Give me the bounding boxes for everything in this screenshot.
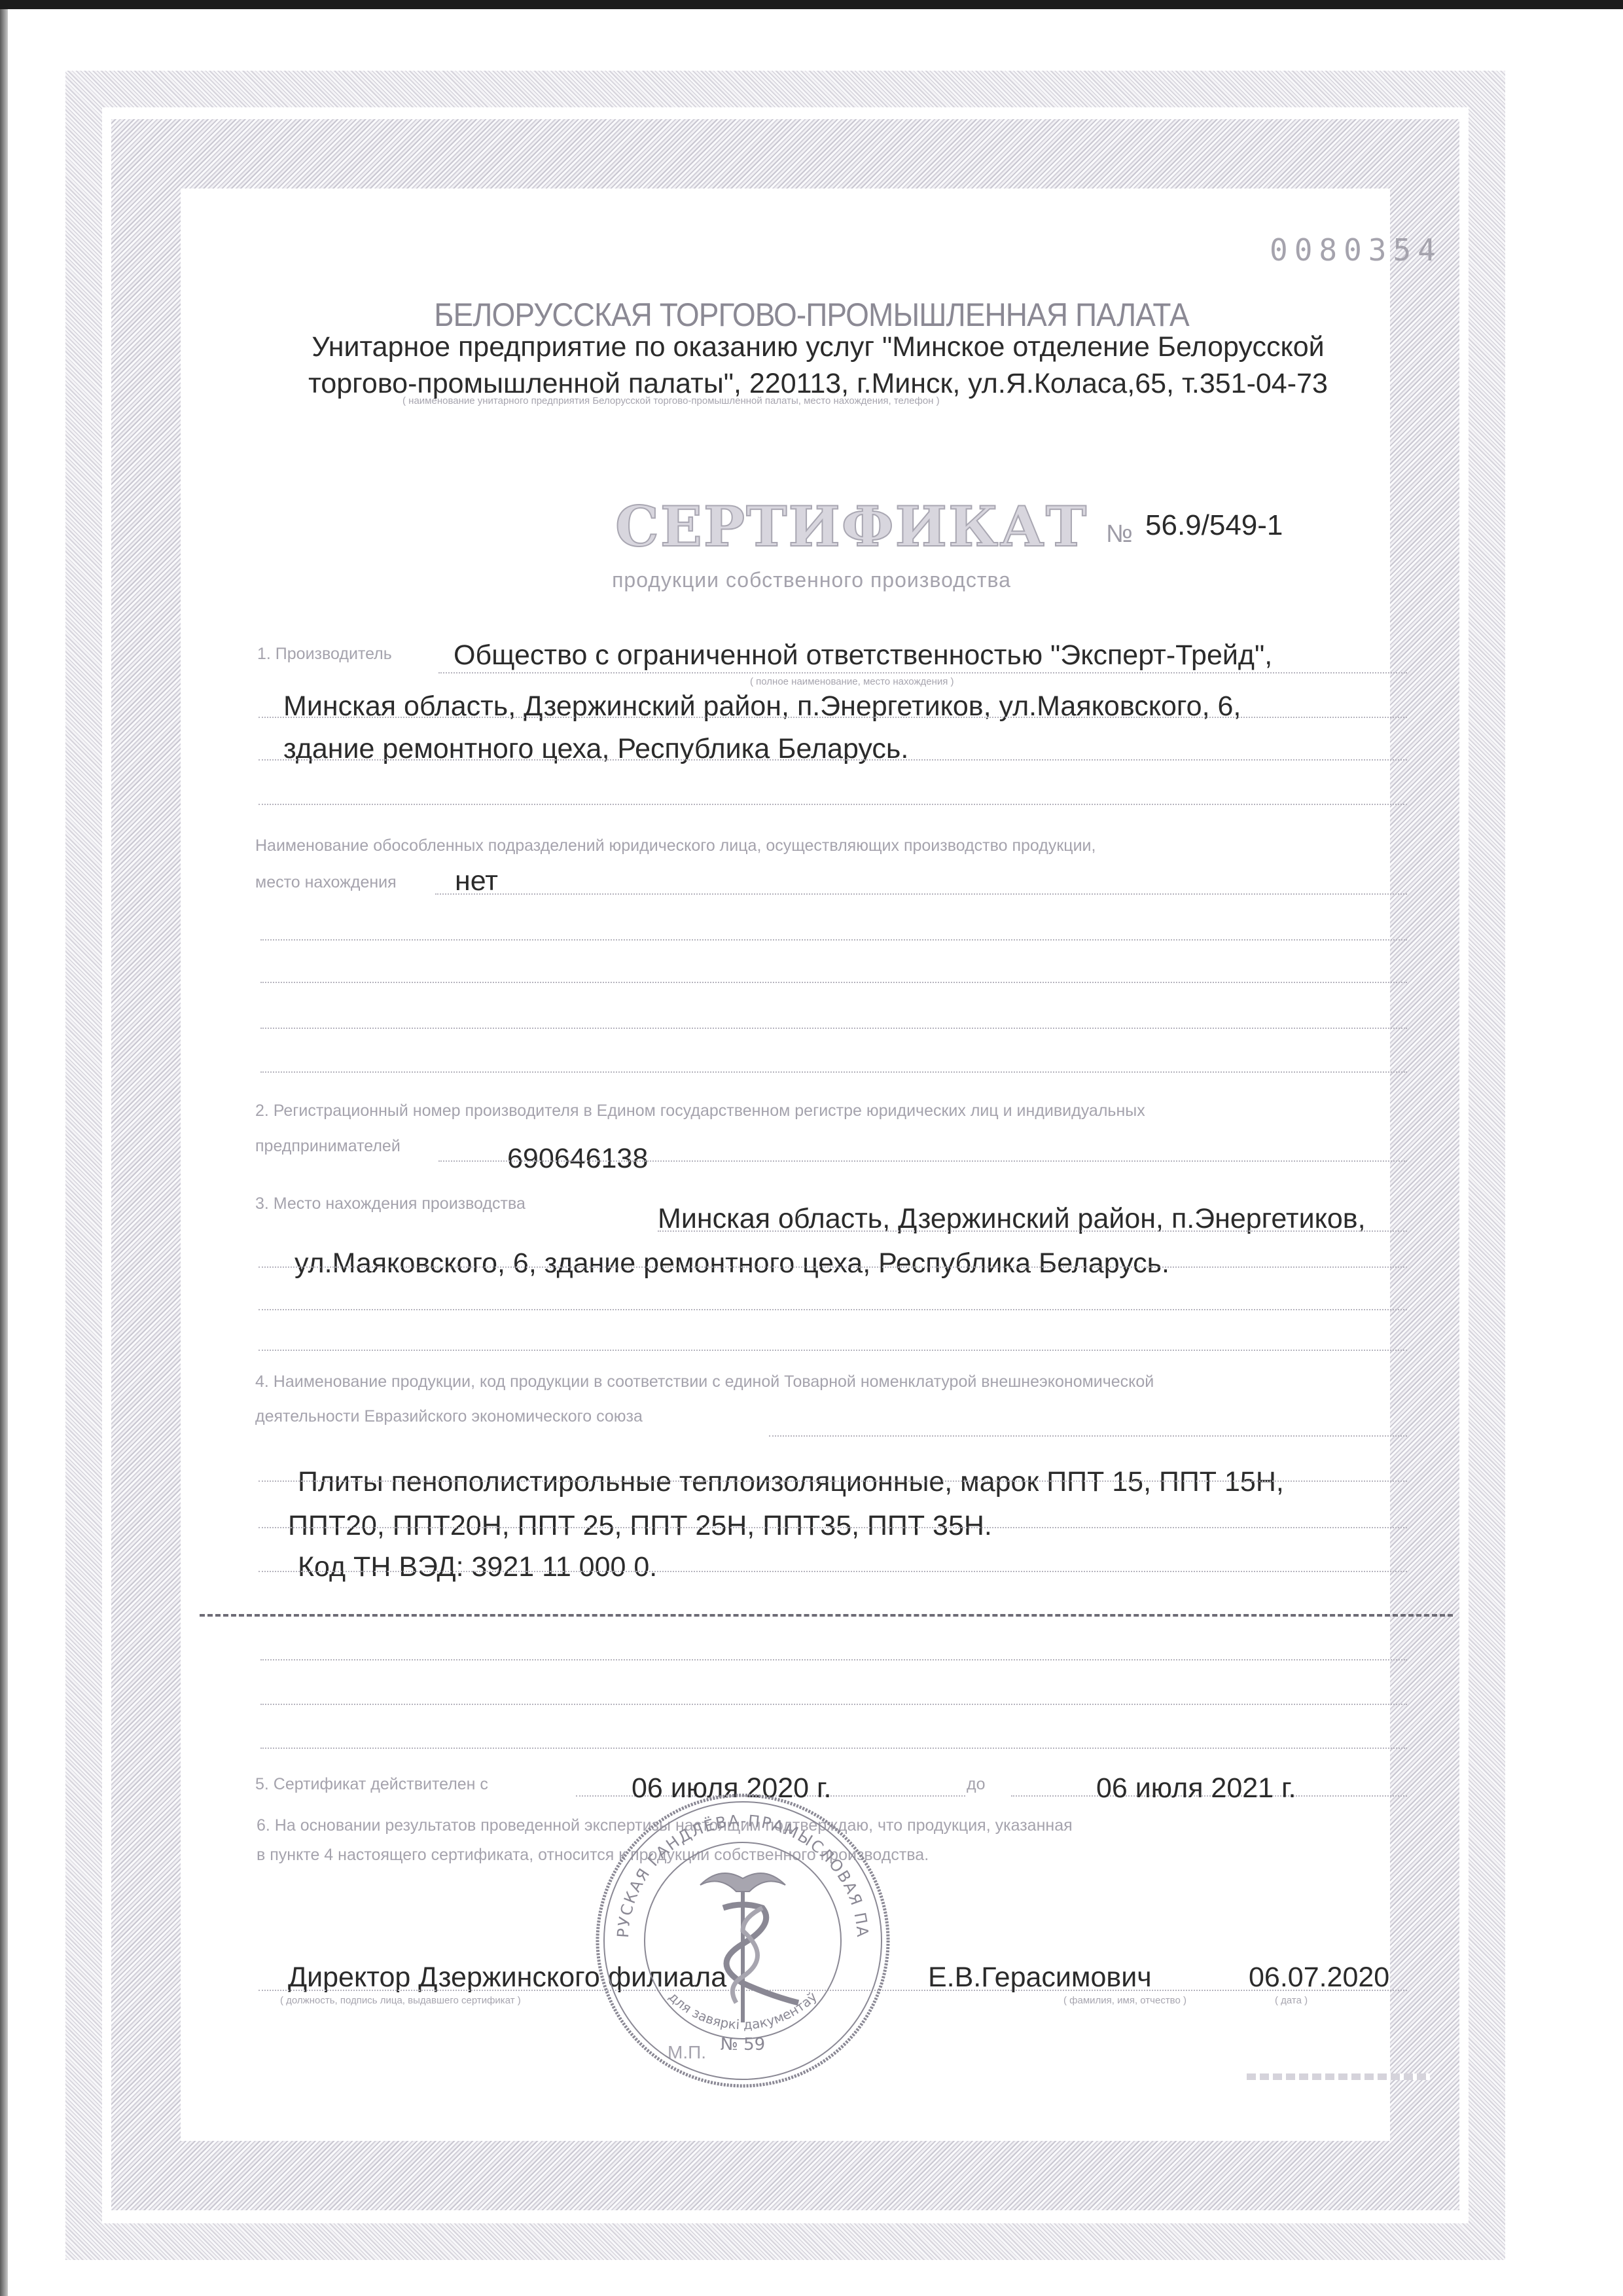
fill-line	[260, 939, 1407, 941]
number-sign: №	[1106, 520, 1133, 548]
location-label: 3. Место нахождения производства	[255, 1194, 526, 1213]
fill-line	[259, 1480, 1407, 1482]
product-code: Код ТН ВЭД: 3921 11 000 0.	[298, 1551, 657, 1583]
svg-text:№ 59: № 59	[721, 2035, 765, 2054]
fill-line	[259, 717, 1407, 718]
product-line: ППТ20, ППТ20Н, ППТ 25, ППТ 25Н, ППТ35, П…	[288, 1510, 992, 1542]
fill-line	[260, 1028, 1407, 1029]
issuer-block: Унитарное предприятие по оказанию услуг …	[255, 329, 1381, 402]
fill-line	[769, 1435, 1407, 1437]
fill-line	[658, 1230, 1407, 1232]
fill-line	[259, 1527, 1407, 1528]
printer-mark	[1247, 2073, 1430, 2080]
fill-line	[260, 1748, 1407, 1749]
validity-to-date: 06 июля 2021 г.	[1096, 1772, 1296, 1804]
position-caption: ( должность, подпись лица, выдавшего сер…	[280, 1995, 521, 2006]
product-label: 4. Наименование продукции, код продукции…	[255, 1372, 1154, 1391]
signatory-name: Е.В.Герасимович	[928, 1962, 1152, 1994]
fill-line	[259, 1350, 1407, 1351]
subdivisions-label: место нахождения	[255, 873, 397, 892]
validity-to-label: до	[967, 1775, 986, 1794]
registration-label: предпринимателей	[255, 1137, 401, 1156]
certificate-subtitle: продукции собственного производства	[0, 568, 1623, 592]
issuer-caption: ( наименование унитарного предприятия Бе…	[402, 395, 940, 406]
certificate-title: СЕРТИФИКАТ	[615, 494, 1088, 559]
official-seal-stamp-icon: БЕЛАРУСКАЯ ГАНДЛЁВА-ПРАМЫСЛОВАЯ ПАЛАТА д…	[589, 1787, 897, 2094]
producer-line: Общество с ограниченной ответственностью…	[454, 639, 1272, 672]
product-label: деятельности Евразийского экономического…	[255, 1407, 643, 1426]
fill-line	[438, 1160, 1407, 1162]
fill-line	[438, 672, 1407, 673]
fill-line	[259, 1309, 1407, 1310]
product-line: Плиты пенополистирольные теплоизоляционн…	[298, 1466, 1284, 1498]
certificate-content: 0080354 БЕЛОРУССКАЯ ТОРГОВО-ПРОМЫШЛЕННАЯ…	[0, 0, 1623, 2296]
fill-line	[260, 1659, 1407, 1660]
fill-line	[259, 1266, 1407, 1268]
signature-date: 06.07.2020	[1249, 1962, 1389, 1994]
validity-from-label: 5. Сертификат действителен с	[255, 1775, 488, 1794]
fill-line	[259, 1571, 1407, 1572]
fill-line	[435, 893, 1407, 895]
serial-number: 0080354	[1270, 232, 1442, 268]
producer-caption: ( полное наименование, место нахождения …	[750, 676, 954, 687]
subdivisions-value: нет	[455, 865, 498, 897]
name-caption: ( фамилия, имя, отчество )	[1063, 1995, 1186, 2006]
fill-line	[259, 759, 1407, 761]
certificate-number: 56.9/549-1	[1145, 509, 1283, 542]
fill-line	[259, 804, 1407, 805]
separator-dashed-line	[200, 1614, 1453, 1617]
date-caption: ( дата )	[1275, 1995, 1308, 2006]
fill-line	[260, 1071, 1407, 1073]
fill-line	[260, 1704, 1407, 1705]
registration-label: 2. Регистрационный номер производителя в…	[255, 1102, 1145, 1121]
location-line: ул.Маяковского, 6, здание ремонтного цех…	[294, 1247, 1169, 1280]
fill-line	[260, 982, 1407, 983]
issuer-line: Унитарное предприятие по оказанию услуг …	[255, 329, 1381, 365]
registration-number: 690646138	[507, 1143, 648, 1175]
svg-text:БЕЛАРУСКАЯ ГАНДЛЁВА-ПРАМЫСЛОВА: БЕЛАРУСКАЯ ГАНДЛЁВА-ПРАМЫСЛОВАЯ ПАЛАТА	[589, 1787, 872, 1939]
subdivisions-label: Наименование обособленных подразделений …	[255, 836, 1096, 855]
producer-label: 1. Производитель	[257, 645, 392, 664]
